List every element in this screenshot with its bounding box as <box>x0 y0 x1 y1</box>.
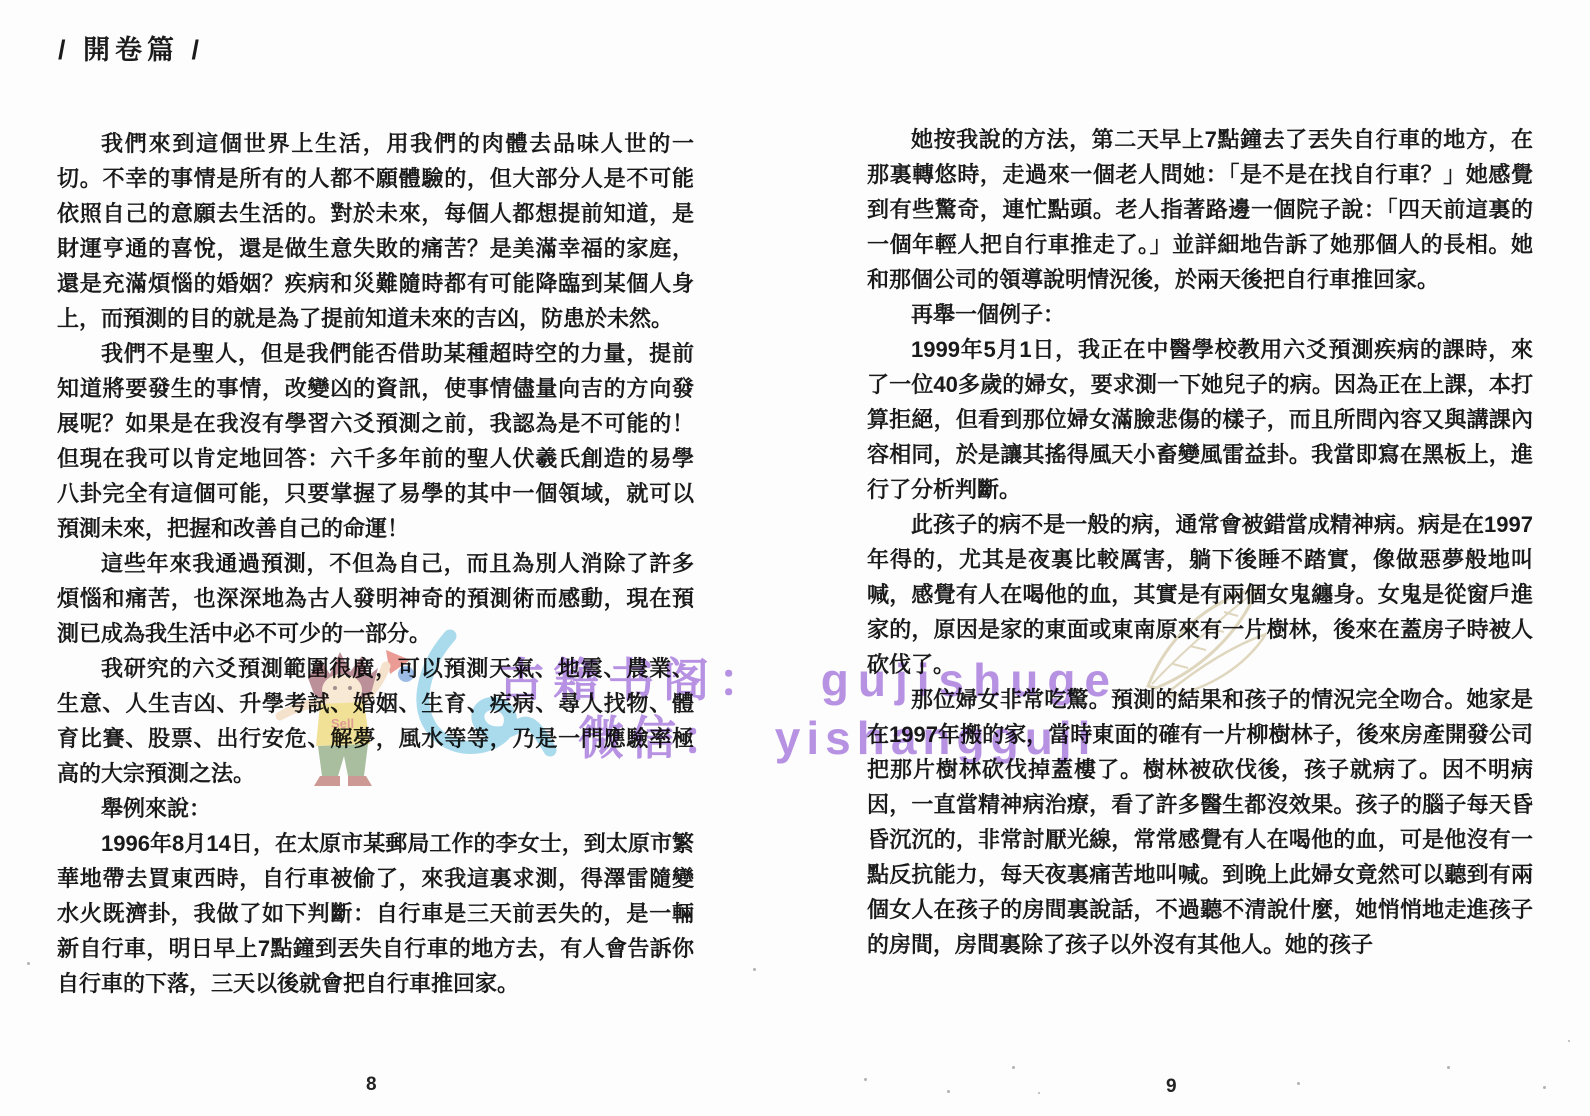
scan-noise-dot <box>1543 1086 1546 1089</box>
chapter-header: / 開卷篇 / <box>58 28 204 67</box>
scan-noise-dot <box>352 218 354 220</box>
scan-noise-dot <box>27 962 30 965</box>
scanned-book-spread: / 開卷篇 / 我們來到這個世界上生活，用我們的肉體去品味人世的一切。不幸的事情… <box>0 0 1590 1116</box>
paragraph: 此孩子的病不是一般的病，通常會被錯當成精神病。病是在1997年得的，尤其是夜裏比… <box>867 507 1533 682</box>
paragraph: 我研究的六爻預測範圍很廣，可以預測天氣、地震、農業、生意、人生吉凶、升學考試、婚… <box>57 651 694 791</box>
scan-noise-dot <box>864 1078 867 1081</box>
paragraph: 舉例來說： <box>57 791 694 826</box>
scan-noise-dot <box>753 968 756 971</box>
paragraph: 1996年8月14日，在太原市某郵局工作的李女士，到太原市繁華地帶去買東西時，自… <box>57 826 694 1001</box>
scan-noise-dot <box>947 1090 950 1093</box>
paragraph: 再舉一個例子： <box>867 297 1533 332</box>
paragraph: 她按我說的方法，第二天早上7點鐘去了丟失自行車的地方，在那裏轉悠時，走過來一個老… <box>867 122 1533 297</box>
paragraph: 那位婦女非常吃驚。預測的結果和孩子的情況完全吻合。她家是在1997年搬的家，當時… <box>867 682 1533 962</box>
paragraph: 這些年來我通過預測，不但為自己，而且為別人消除了許多煩惱和痛苦，也深深地為古人發… <box>57 546 694 651</box>
scan-noise-dot <box>1012 1066 1015 1069</box>
scan-noise-dot <box>1038 1092 1040 1094</box>
scan-noise-dot <box>1568 1040 1570 1042</box>
page-number-right: 9 <box>1166 1076 1177 1098</box>
paragraph: 1999年5月1日，我正在中醫學校教用六爻預測疾病的課時，來了一位40多歲的婦女… <box>867 332 1533 507</box>
left-page-text: 我們來到這個世界上生活，用我們的肉體去品味人世的一切。不幸的事情是所有的人都不願… <box>57 126 694 1001</box>
page-number-left: 8 <box>366 1074 377 1096</box>
scan-noise-dot <box>1297 1082 1300 1085</box>
paragraph: 我們不是聖人，但是我們能否借助某種超時空的力量，提前知道將要發生的事情，改變凶的… <box>57 336 694 546</box>
right-page-text: 她按我說的方法，第二天早上7點鐘去了丟失自行車的地方，在那裏轉悠時，走過來一個老… <box>867 122 1533 962</box>
scan-noise-dot <box>1447 1066 1450 1069</box>
paragraph: 我們來到這個世界上生活，用我們的肉體去品味人世的一切。不幸的事情是所有的人都不願… <box>57 126 694 336</box>
